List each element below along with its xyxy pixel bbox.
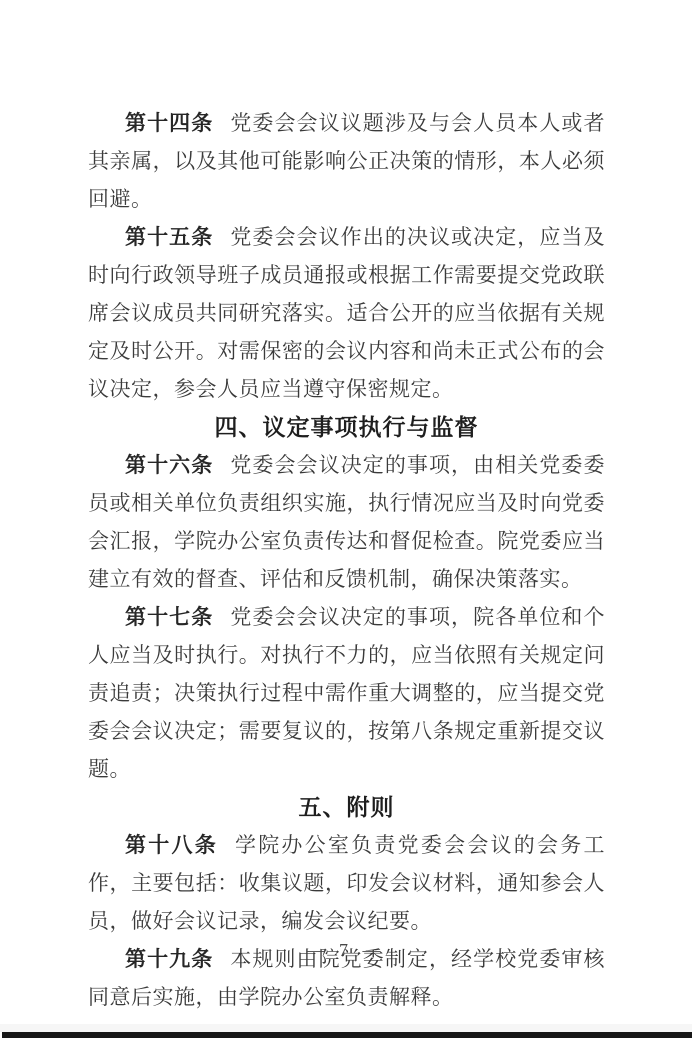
article-16-label: 第十六条	[125, 453, 213, 477]
footer-light-strip	[0, 1024, 692, 1032]
page-number: — 7 —	[0, 940, 692, 961]
article-17-label: 第十七条	[125, 605, 213, 629]
section-heading-4: 四、议定事项执行与监督	[88, 408, 605, 446]
article-14-label: 第十四条	[125, 111, 213, 135]
article-17-paragraph: 第十七条党委会会议决定的事项，院各单位和个人应当及时执行。对执行不力的，应当依照…	[88, 598, 605, 788]
article-15-paragraph: 第十五条党委会会议作出的决议或决定，应当及时向行政领导班子成员通报或根据工作需要…	[88, 218, 605, 408]
document-body: 第十四条党委会会议议题涉及与会人员本人或者其亲属，以及其他可能影响公正决策的情形…	[88, 104, 605, 1016]
article-18-label: 第十八条	[125, 833, 218, 857]
footer-dark-bar	[2, 1032, 692, 1038]
document-page: 第十四条党委会会议议题涉及与会人员本人或者其亲属，以及其他可能影响公正决策的情形…	[0, 0, 692, 1038]
article-16-paragraph: 第十六条党委会会议决定的事项，由相关党委委员或相关单位负责组织实施，执行情况应当…	[88, 446, 605, 598]
section-heading-5: 五、附则	[88, 788, 605, 826]
article-17-text: 党委会会议决定的事项，院各单位和个人应当及时执行。对执行不力的，应当依照有关规定…	[88, 605, 605, 781]
article-15-text: 党委会会议作出的决议或决定，应当及时向行政领导班子成员通报或根据工作需要提交党政…	[88, 225, 605, 401]
article-18-paragraph: 第十八条学院办公室负责党委会会议的会务工作，主要包括：收集议题，印发会议材料，通…	[88, 826, 605, 940]
article-15-label: 第十五条	[125, 225, 213, 249]
article-14-paragraph: 第十四条党委会会议议题涉及与会人员本人或者其亲属，以及其他可能影响公正决策的情形…	[88, 104, 605, 218]
